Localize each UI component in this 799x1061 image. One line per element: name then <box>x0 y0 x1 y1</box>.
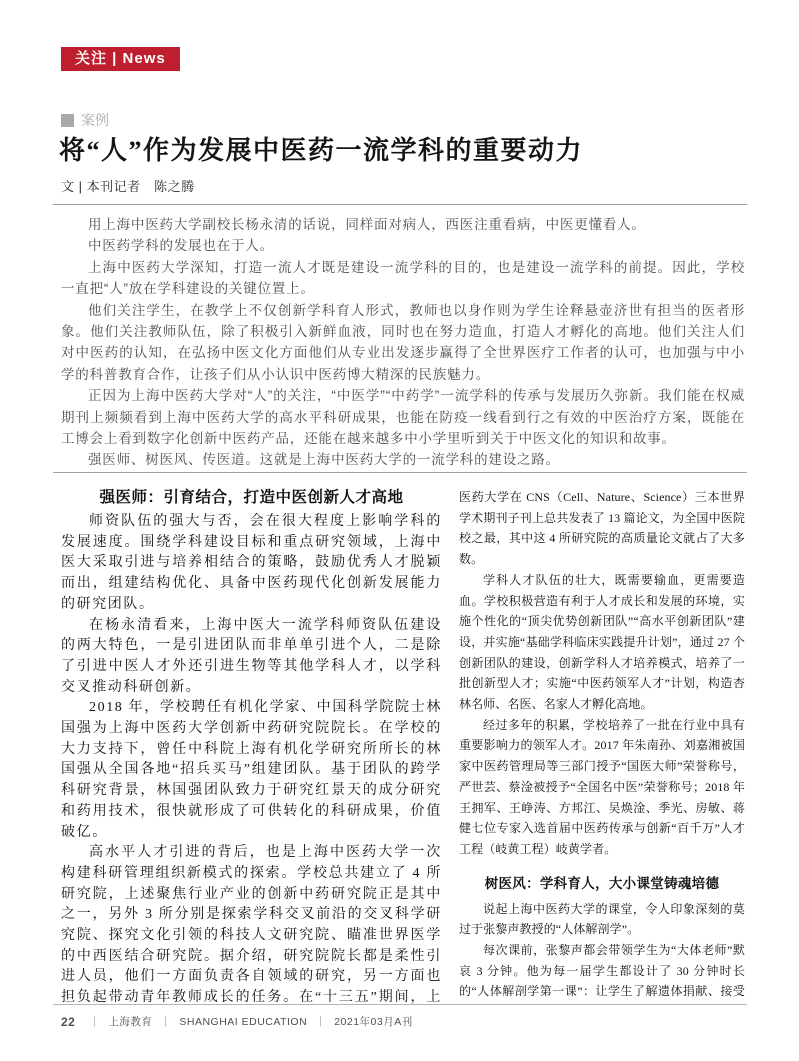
magazine-name-en: SHANGHAI EDUCATION <box>179 1016 307 1028</box>
right-column-paragraphs-lower: 说起上海中医药大学的课堂，令人印象深刻的莫过于张黎声教授的“人体解剖学”。每次课… <box>459 899 745 1005</box>
paragraph: 学科人才队伍的壮大，既需要输血，更需要造血。学校积极营造有利于人才成长和发展的环… <box>459 570 745 715</box>
paragraph: 每次课前，张黎声都会带领学生为“大体老师”默哀 3 分钟。他为每一届学生都设计了… <box>459 940 745 1005</box>
magazine-name-cn: 上海教育 <box>108 1014 152 1029</box>
intro-section: 用上海中医药大学副校长杨永清的话说，同样面对病人，西医注重看病，中医更懂看人。中… <box>61 214 745 470</box>
header-divider <box>53 204 747 205</box>
case-label-text: 案例 <box>81 110 109 130</box>
paragraph: 师资队伍的强大与否，会在很大程度上影响学科的发展速度。围绕学科建设目标和重点研究… <box>61 512 442 616</box>
paragraph: 说起上海中医药大学的课堂，令人印象深刻的莫过于张黎声教授的“人体解剖学”。 <box>459 899 745 940</box>
footer-separator: ｜ <box>160 1014 171 1029</box>
footer-separator: ｜ <box>89 1014 100 1029</box>
left-column-paragraphs: 师资队伍的强大与否，会在很大程度上影响学科的发展速度。围绕学科建设目标和重点研究… <box>61 512 442 1005</box>
case-label: 案例 <box>61 110 109 130</box>
subheading-strong-doctors: 强医师：引育结合，打造中医创新人才高地 <box>61 487 442 508</box>
left-column: 强医师：引育结合，打造中医创新人才高地 师资队伍的强大与否，会在很大程度上影响学… <box>61 487 442 1005</box>
paragraph: 他们关注学生，在教学上不仅创新学科育人形式，教师也以身作则为学生诠释悬壶济世有担… <box>61 300 745 386</box>
paragraph: 在杨永清看来，上海中医大一流学科师资队伍建设的两大特色，一是引进团队而非单单引进… <box>61 616 442 699</box>
paragraph: 2018 年，学校聘任有机化学家、中国科学院院士林国强为上海中医药大学创新中药研… <box>61 698 442 843</box>
subheading-medical-ethos: 树医风：学科育人，大小课堂铸魂培德 <box>459 874 745 894</box>
issue-label: 2021年03月A刊 <box>334 1014 413 1029</box>
paragraph: 中医药学科的发展也在于人。 <box>61 235 745 256</box>
news-section-badge: 关注 | News <box>61 47 180 71</box>
footer: 22 ｜ 上海教育 ｜ SHANGHAI EDUCATION ｜ 2021年03… <box>61 1014 413 1029</box>
footer-separator: ｜ <box>315 1014 326 1029</box>
paragraph: 经过多年的积累，学校培养了一批在行业中具有重要影响力的领军人才。2017 年朱南… <box>459 715 745 860</box>
continuation-paragraph: 医药大学在 CNS（Cell、Nature、Science）三本世界学术期刊子刊… <box>459 487 745 570</box>
byline: 文 | 本刊记者 陈之腾 <box>61 176 195 195</box>
right-column-paragraphs-upper: 学科人才队伍的壮大，既需要输血，更需要造血。学校积极营造有利于人才成长和发展的环… <box>459 570 745 860</box>
intro-divider <box>53 472 747 473</box>
page-number: 22 <box>61 1015 75 1029</box>
right-column: 医药大学在 CNS（Cell、Nature、Science）三本世界学术期刊子刊… <box>459 487 745 1005</box>
paragraph: 用上海中医药大学副校长杨永清的话说，同样面对病人，西医注重看病，中医更懂看人。 <box>61 214 745 235</box>
paragraph: 高水平人才引进的背后，也是上海中医药大学一次构建科研管理组织新模式的探索。学校总… <box>61 843 442 1005</box>
article-title: 将“人”作为发展中医药一流学科的重要动力 <box>59 130 759 167</box>
paragraph: 上海中医药大学深知，打造一流人才既是建设一流学科的目的，也是建设一流学科的前提。… <box>61 257 745 300</box>
article-body: 强医师：引育结合，打造中医创新人才高地 师资队伍的强大与否，会在很大程度上影响学… <box>61 487 745 1005</box>
paragraph: 强医师、树医风、传医道。这就是上海中医药大学的一流学科的建设之路。 <box>61 449 745 470</box>
footer-divider <box>53 1004 747 1005</box>
paragraph: 正因为上海中医药大学对“人”的关注，“中医学”“中药学”一流学科的传承与发展历久… <box>61 385 745 449</box>
magazine-page: 关注 | News 案例 将“人”作为发展中医药一流学科的重要动力 文 | 本刊… <box>0 0 799 1061</box>
section-marker-icon <box>61 114 74 127</box>
